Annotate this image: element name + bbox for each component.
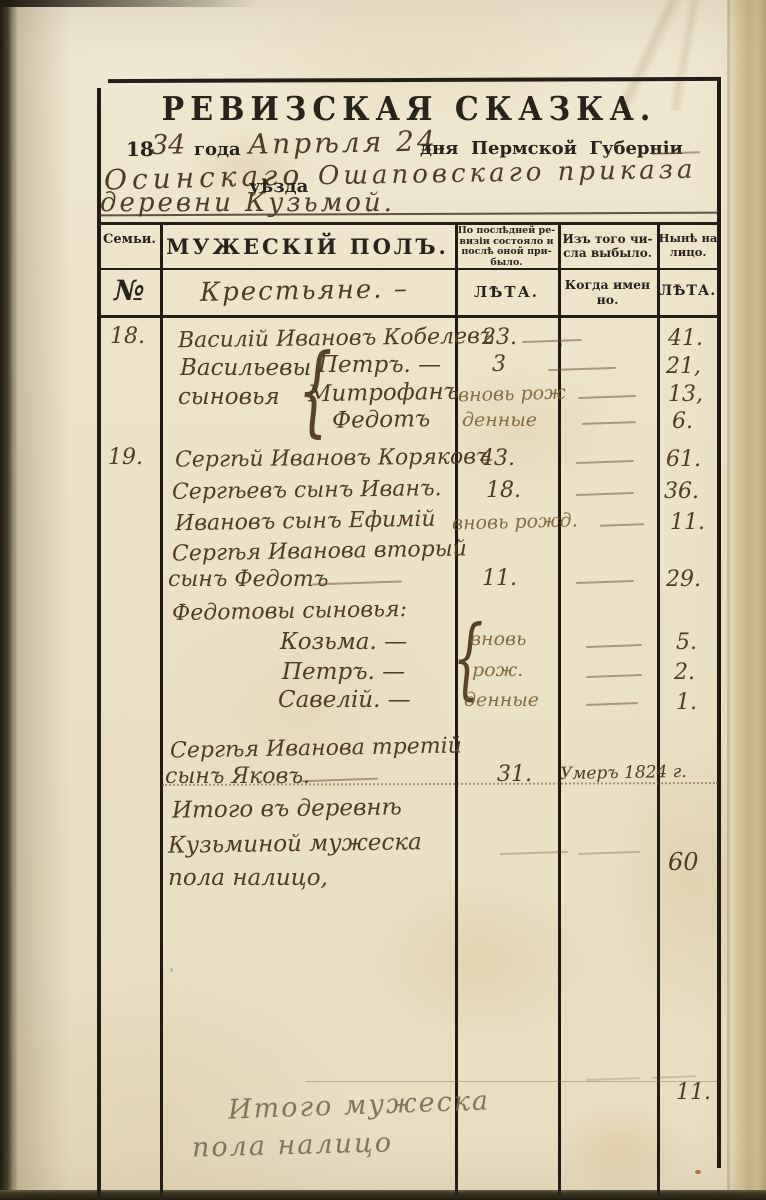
- entry-name: сынъ Яковъ.: [165, 764, 310, 789]
- ink-dash: [586, 702, 638, 706]
- prikaz-handwritten: Ошаповскаго приказа: [318, 155, 697, 192]
- header-departed-line1: Изъ того чи-: [558, 232, 657, 246]
- ink-dash: [652, 1075, 696, 1079]
- entry-age-now: 61.: [666, 447, 701, 472]
- entry-name: Сергѣя Иванова вторый: [172, 536, 467, 566]
- entry-age-now: 36.: [664, 479, 699, 504]
- entry-name: Козьма. —: [280, 629, 407, 655]
- header-now-present: Нынѣ на лицо.: [657, 232, 719, 259]
- header-now-line1: Нынѣ на: [657, 232, 719, 246]
- entry-note: рож.: [472, 659, 523, 681]
- family-number: 18.: [110, 324, 145, 349]
- header-when-exactly: Когда имен но.: [558, 277, 657, 307]
- header-now-line2: лицо.: [657, 246, 719, 260]
- left-paper-shadow: [14, 0, 70, 1200]
- ink-dash: [586, 644, 642, 648]
- entry-name: Ивановъ сынъ Ефимій: [175, 507, 436, 537]
- total-line: Итого мужеска: [228, 1085, 491, 1125]
- entry-note: вновь рожд.: [452, 509, 578, 534]
- faint-total-rule: [305, 1081, 717, 1082]
- right-stack-shadow-line: [727, 0, 730, 1200]
- column-rule-4: [657, 222, 660, 1195]
- header-years-b: ЛѢТА.: [657, 283, 719, 299]
- header-departed-line2: сла выбыло.: [558, 246, 657, 260]
- header-last-revision-line1: По послѣдней ре-: [455, 226, 558, 237]
- page-title: РЕВИЗСКАЯ СКАЗКА.: [99, 91, 719, 129]
- header-last-revision-line4: было.: [455, 258, 558, 269]
- entry-age-last: 3: [492, 352, 506, 377]
- entry-name: Федотъ: [332, 406, 431, 434]
- entry-name: Сергѣя Иванова третій: [170, 733, 462, 763]
- entry-note: денные: [462, 409, 537, 431]
- entry-name: Федотовы сыновья:: [172, 597, 407, 626]
- ink-dash: [600, 523, 644, 527]
- entry-age-last: 18.: [486, 478, 521, 503]
- ink-dash: [582, 421, 636, 425]
- village-handwritten: деревни Кузьмой.: [100, 188, 395, 218]
- entry-name: Сергѣевъ сынъ Иванъ.: [172, 476, 442, 505]
- header-top-rule: [99, 222, 719, 225]
- ink-dash: [578, 395, 636, 399]
- entry-name: Сергѣй Ивановъ Коряковъ: [175, 444, 491, 472]
- entry-age-now: 21,: [666, 354, 701, 379]
- entry-age-last: 23.: [482, 325, 517, 350]
- bottom-dark-band: [0, 1190, 766, 1200]
- entry-name: Василій Ивановъ Кобелевъ: [178, 324, 495, 353]
- ink-dash: [576, 580, 634, 584]
- year-prefix-printed: 18: [126, 137, 154, 161]
- entry-age-now: 5.: [676, 630, 697, 655]
- entry-note: денные: [464, 689, 539, 711]
- ink-dash: [576, 492, 634, 496]
- entry-note: вновь: [470, 628, 526, 650]
- revision-list-scanned-page: РЕВИЗСКАЯ СКАЗКА. 18 34 года Апрѣля 24. …: [0, 0, 766, 1200]
- header-middle-rule: [99, 268, 719, 270]
- entry-name: Васильевы: [180, 355, 311, 381]
- header-family: Семьи.: [99, 232, 160, 247]
- entry-name: Савелій. —: [278, 687, 411, 713]
- header-when-line2: но.: [558, 292, 657, 307]
- header-male-sex: МУЖЕСКІЙ ПОЛЪ.: [160, 234, 455, 259]
- entry-age-last: 31.: [497, 762, 532, 787]
- entry-age-now: 6.: [672, 409, 693, 434]
- ink-dash: [578, 851, 640, 855]
- entry-name: Петръ. —: [282, 659, 405, 685]
- frame-left-rule: [97, 88, 101, 1200]
- red-stain-speck: [695, 1170, 701, 1174]
- entry-age-now: 2.: [674, 660, 695, 685]
- entry-age-now: 11.: [670, 510, 705, 535]
- header-last-revision: По послѣдней ре- визіи состояло и послѣ …: [455, 226, 558, 268]
- total-value: 60: [668, 848, 699, 876]
- column-rule-1: [160, 222, 163, 1200]
- total-line: Итого въ деревнѣ: [172, 794, 402, 823]
- entry-name: сынъ Федотъ: [168, 567, 328, 592]
- total-line: пола налицо: [192, 1127, 394, 1163]
- header-years-a: ЛѢТА.: [455, 283, 558, 301]
- entry-when-departed: Умеръ 1824 г.: [560, 762, 687, 784]
- entry-name: сыновья: [178, 384, 280, 410]
- total-value: 11.: [676, 1080, 711, 1105]
- blue-ink-speck: [170, 968, 173, 972]
- entry-age-last: 43.: [480, 446, 515, 471]
- ink-dash: [586, 674, 642, 678]
- family-number: 19.: [108, 445, 143, 470]
- entry-age-now: 29.: [666, 567, 701, 592]
- right-page-stack: [728, 0, 766, 1200]
- header-bottom-rule: [99, 315, 719, 318]
- goda-label: года: [194, 139, 241, 160]
- entry-age-last: 11.: [482, 566, 517, 591]
- entry-age-now: 41.: [668, 326, 703, 351]
- header-last-revision-line3: послѣ оной при-: [455, 247, 558, 258]
- header-numero: №: [99, 274, 160, 307]
- entry-age-now: 13,: [668, 382, 703, 407]
- total-line: Кузьминой мужеска: [168, 829, 422, 859]
- year-handwritten: 34: [151, 130, 185, 161]
- header-when-line1: Когда имен: [558, 277, 657, 292]
- ink-dash: [522, 339, 582, 343]
- entry-name: Петръ. —: [318, 352, 441, 378]
- ink-dash: [576, 460, 634, 464]
- header-departed: Изъ того чи- сла выбыло.: [558, 232, 657, 260]
- entry-note: вновь рож: [458, 382, 566, 407]
- entry-age-now: 1.: [676, 690, 697, 715]
- header-estate-handwritten: Крестьяне. –: [200, 274, 409, 308]
- entry-name: Митрофанъ: [308, 379, 459, 408]
- top-left-corner-shadow: [0, 0, 260, 7]
- total-line: пола налицо,: [168, 865, 328, 891]
